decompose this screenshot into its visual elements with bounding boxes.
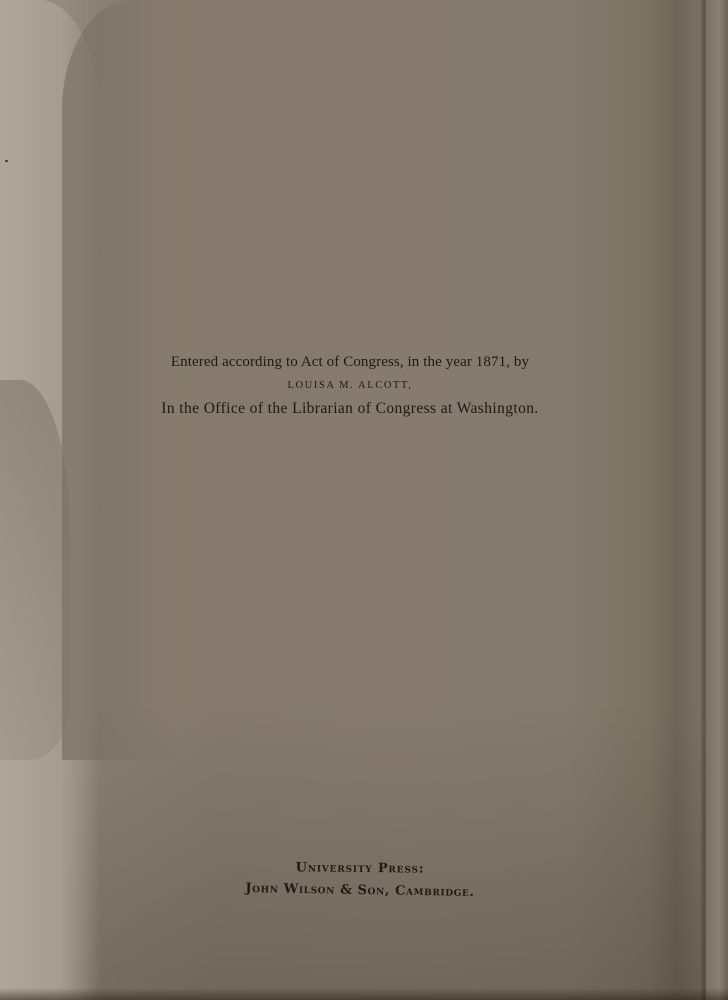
page-edge xyxy=(706,0,728,1000)
copyright-line: Entered according to Act of Congress, in… xyxy=(0,352,700,372)
printer-imprint: University Press: John Wilson & Son, Cam… xyxy=(0,858,700,902)
copyright-office-line: In the Office of the Librarian of Congre… xyxy=(0,399,700,419)
book-page-photo: Entered according to Act of Congress, in… xyxy=(0,0,728,1000)
author-name: Louisa M. Alcott, xyxy=(0,373,700,399)
copyright-notice: Entered according to Act of Congress, in… xyxy=(0,352,700,419)
paper-speck xyxy=(5,160,8,162)
bottom-shadow xyxy=(0,988,728,1000)
